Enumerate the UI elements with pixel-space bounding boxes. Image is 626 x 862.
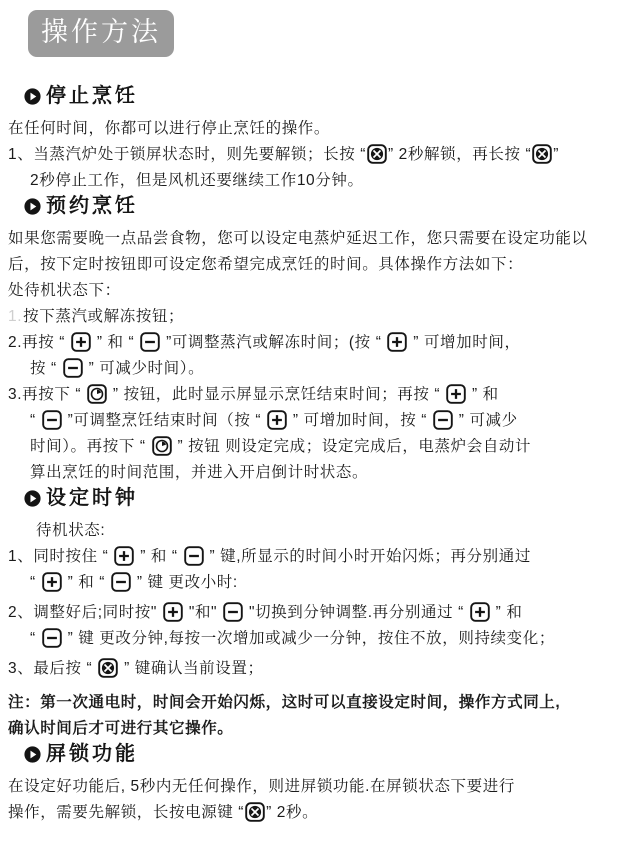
text-segment: ” 键确认当前设置； [119,660,263,677]
text-segment: ” 可增加时间， [408,334,520,351]
manual-line: 确认时间后才可进行其它操作。 [8,716,626,742]
timer-key-icon [87,384,107,404]
section-title: 设定时钟 [24,486,626,510]
section-scheduled-cooking: 预约烹饪如果您需要晚一点品尝食物，您可以设定电蒸炉延迟工作，您只需要在设定功能以… [0,194,626,486]
manual-line: 算出烹饪的时间范围，并进入开启倒计时状态。 [30,460,626,486]
minus-key-icon [223,602,243,622]
manual-line: 按 “ ” 可减少时间）。 [30,356,626,382]
plus-key-icon [42,572,62,592]
power-button-icon [245,802,265,822]
text-segment: 1、同时按住 “ [8,548,113,565]
text-segment: 如果您需要晚一点品尝食物，您可以设定电蒸炉延迟工作，您只需要在设定功能以 [8,230,588,247]
faint-list-number: 1. [8,308,22,325]
plus-key-icon [114,546,134,566]
text-segment: ” 2秒解锁，再长按 “ [388,146,531,163]
text-segment: 2秒停止工作，但是风机还要继续工作10分钟。 [30,172,364,189]
manual-line: 2.再按 “ ” 和 “ ”可调整蒸汽或解冻时间；(按 “ ” 可增加时间， [8,330,626,356]
section-title: 屏锁功能 [24,742,626,766]
manual-line: 处待机状态下： [8,278,626,304]
play-bullet-icon [24,746,41,763]
play-bullet-icon [24,88,41,105]
manual-line: 3、最后按 “ ” 键确认当前设置； [8,656,626,682]
text-segment: 待机状态: [36,522,105,539]
manual-line: 2秒停止工作，但是风机还要继续工作10分钟。 [30,168,626,194]
minus-key-icon [42,410,62,430]
manual-line: 如果您需要晚一点品尝食物，您可以设定电蒸炉延迟工作，您只需要在设定功能以 [8,226,626,252]
manual-line: 时间）。再按下 “ ” 按钮 则设定完成；设定完成后，电蒸炉会自动计 [30,434,626,460]
text-segment: 按 “ [30,360,62,377]
manual-line: 2、调整好后;同时按" "和" "切换到分钟调整.再分别通过 “ ” 和 [8,600,626,626]
plus-key-icon [163,602,183,622]
text-segment: 在任何时间，你都可以进行停止烹饪的操作。 [8,120,330,137]
power-button-icon [367,144,387,164]
plus-key-icon [71,332,91,352]
text-segment: 确认时间后才可进行其它操作。 [8,720,233,737]
minus-key-icon [63,358,83,378]
play-bullet-icon [24,198,41,215]
section-title-text: 设定时钟 [46,486,138,510]
text-segment: ” 和 “ [135,548,182,565]
manual-line: “ ”可调整烹饪结束时间（按 “ ” 可增加时间，按 “ ” 可减少 [30,408,626,434]
manual-line: 1.按下蒸汽或解冻按钮； [8,304,626,330]
text-segment: 在设定好功能后, 5秒内无任何操作，则进屏锁功能.在屏锁状态下要进行 [8,778,515,795]
power-button-icon [98,658,118,678]
timer-key-icon [152,436,172,456]
manual-line: 注：第一次通电时，时间会开始闪烁，这时可以直接设定时间，操作方式同上, [8,690,626,716]
plus-key-icon [387,332,407,352]
text-segment: 2、调整好后;同时按" [8,604,162,621]
section-title: 预约烹饪 [24,194,626,218]
text-segment: 3.再按下 “ [8,386,86,403]
text-segment: ” 键 更改分钟,每按一次增加或减少一分钟，按住不放，则持续变化； [63,630,555,647]
text-segment: ” 和 “ [63,574,110,591]
manual-line: 1、当蒸汽炉处于锁屏状态时，则先要解锁；长按 “” 2秒解锁，再长按 “” [8,142,626,168]
text-segment: "切换到分钟调整.再分别通过 “ [244,604,469,621]
manual-line: 待机状态: [36,518,626,544]
text-segment: 按下蒸汽或解冻按钮； [23,308,184,325]
text-segment: 3、最后按 “ [8,660,97,677]
power-button-icon [532,144,552,164]
text-segment: “ [30,412,41,429]
text-segment: ”可调整蒸汽或解冻时间；(按 “ [161,334,386,351]
manual-page: 操作方法 停止烹饪在任何时间，你都可以进行停止烹饪的操作。1、当蒸汽炉处于锁屏状… [0,0,626,862]
minus-key-icon [42,628,62,648]
manual-line: 3.再按下 “ ” 按钮，此时显示屏显示烹饪结束时间；再按 “ ” 和 [8,382,626,408]
section-stop-cooking: 停止烹饪在任何时间，你都可以进行停止烹饪的操作。1、当蒸汽炉处于锁屏状态时，则先… [0,84,626,194]
text-segment: ” 2秒。 [266,804,318,821]
plus-key-icon [446,384,466,404]
play-bullet-icon [24,490,41,507]
text-segment: “ [30,574,41,591]
text-segment: ” 按钮，此时显示屏显示烹饪结束时间；再按 “ [108,386,445,403]
manual-line: “ ” 键 更改分钟,每按一次增加或减少一分钟，按住不放，则持续变化； [30,626,626,652]
plus-key-icon [470,602,490,622]
section-title-text: 屏锁功能 [46,742,138,766]
plus-key-icon [267,410,287,430]
minus-key-icon [184,546,204,566]
section-set-clock: 设定时钟待机状态:1、同时按住 “ ” 和 “ ” 键,所显示的时间小时开始闪烁… [0,486,626,742]
text-segment: "和" [184,604,222,621]
minus-key-icon [433,410,453,430]
text-segment: 2.再按 “ [8,334,70,351]
section-screen-lock: 屏锁功能在设定好功能后, 5秒内无任何操作，则进屏锁功能.在屏锁状态下要进行操作… [0,742,626,826]
minus-key-icon [111,572,131,592]
text-segment: 时间）。再按下 “ [30,438,151,455]
text-segment: ” 键 更改小时: [132,574,238,591]
text-segment: 处待机状态下： [8,282,121,299]
manual-line: 操作，需要先解锁，长按电源键 “” 2秒。 [8,800,626,826]
text-segment: ” 可增加时间，按 “ [288,412,432,429]
text-segment: ” 键,所显示的时间小时开始闪烁；再分别通过 [205,548,531,565]
text-segment: ” 可减少 [454,412,518,429]
section-title: 停止烹饪 [24,84,626,108]
text-segment: 1、当蒸汽炉处于锁屏状态时，则先要解锁；长按 “ [8,146,366,163]
manual-line: 后，按下定时按钮即可设定您希望完成烹饪的时间。具体操作方法如下： [8,252,626,278]
text-segment: 注：第一次通电时，时间会开始闪烁，这时可以直接设定时间，操作方式同上, [8,694,560,711]
page-title-badge: 操作方法 [28,10,174,57]
minus-key-icon [140,332,160,352]
manual-line: 在任何时间，你都可以进行停止烹饪的操作。 [8,116,626,142]
text-segment: ” 可减少时间）。 [84,360,205,377]
text-segment: ” [553,146,559,163]
text-segment: ” 和 [467,386,499,403]
text-segment: ” 按钮 则设定完成；设定完成后，电蒸炉会自动计 [173,438,532,455]
text-segment: “ [30,630,41,647]
section-title-text: 停止烹饪 [46,84,138,108]
text-segment: ”可调整烹饪结束时间（按 “ [63,412,266,429]
manual-content: 停止烹饪在任何时间，你都可以进行停止烹饪的操作。1、当蒸汽炉处于锁屏状态时，则先… [0,84,626,826]
text-segment: 后，按下定时按钮即可设定您希望完成烹饪的时间。具体操作方法如下： [8,256,523,273]
manual-line: “ ” 和 “ ” 键 更改小时: [30,570,626,596]
manual-line: 1、同时按住 “ ” 和 “ ” 键,所显示的时间小时开始闪烁；再分别通过 [8,544,626,570]
text-segment: ” 和 “ [92,334,139,351]
text-segment: ” 和 [491,604,523,621]
section-title-text: 预约烹饪 [46,194,138,218]
text-segment: 操作，需要先解锁，长按电源键 “ [8,804,244,821]
manual-line: 在设定好功能后, 5秒内无任何操作，则进屏锁功能.在屏锁状态下要进行 [8,774,626,800]
text-segment: 算出烹饪的时间范围，并进入开启倒计时状态。 [30,464,368,481]
